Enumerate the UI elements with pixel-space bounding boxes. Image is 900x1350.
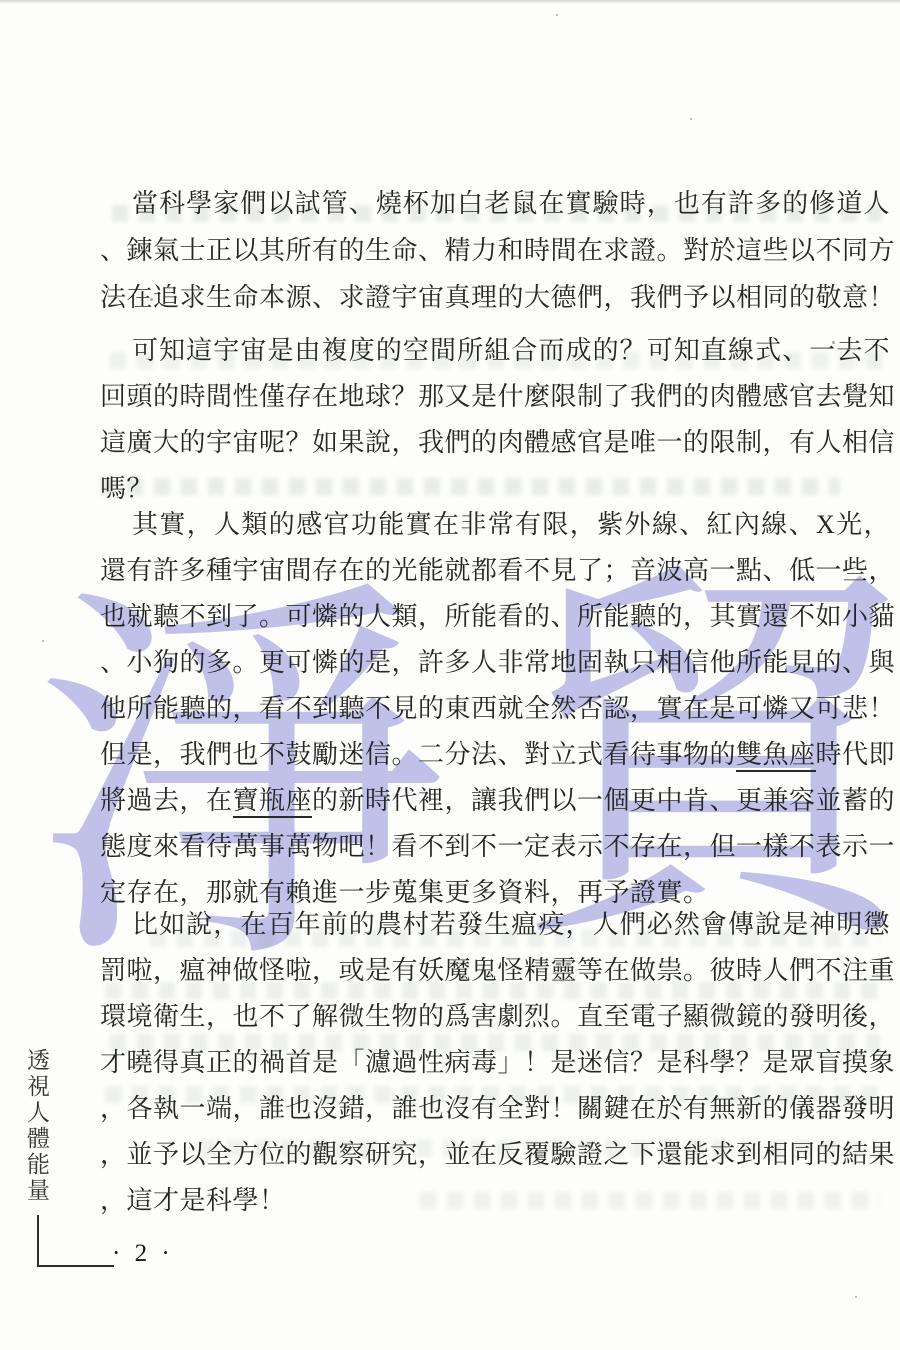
- page-number: · 2 ·: [112, 1240, 174, 1268]
- text-line: ，這才是科學！: [100, 1180, 890, 1216]
- text-line: 、小狗的多。更可憐的是，許多人非常地固執只相信他所能見的、與: [100, 642, 890, 678]
- text-line: 定存在，那就有賴進一步蒐集更多資料，再予證實。: [100, 872, 890, 908]
- text-line: 回頭的時間性僅存在地球？那又是什麼限制了我們的肉體感官去覺知: [100, 376, 890, 412]
- text-line: 法在追求生命本源、求證宇宙真理的大德們，我們予以相同的敬意！: [100, 277, 890, 313]
- text-segment: 但是，我們也不鼓勵迷信。二分法、對立式看待事物的: [100, 740, 736, 769]
- text-line: 當科學家們以試管、燒杯加白老鼠在實驗時，也有許多的修道人: [100, 183, 890, 219]
- text-line: 態度來看待萬事萬物吧！看不到不一定表示不存在，但一樣不表示一: [100, 826, 890, 862]
- body-text-block: 當科學家們以試管、燒杯加白老鼠在實驗時，也有許多的修道人 、鍊氣士正以其所有的生…: [100, 0, 890, 1350]
- text-line: 罰啦，瘟神做怪啦，或是有妖魔鬼怪精靈等在做祟。彼時人們不注重: [100, 950, 890, 986]
- text-line: ，並予以全方位的觀察研究，並在反覆驗證之下還能求到相同的結果: [100, 1134, 890, 1170]
- book-side-title: 透視人體能量: [20, 1048, 53, 1204]
- text-line: 還有許多種宇宙間存在的光能就都看不見了；音波高一點、低一些，: [100, 550, 890, 586]
- text-line: 將過去，在寶瓶座的新時代裡，讓我們以一個更中肯、更兼容並蓄的: [100, 780, 890, 816]
- text-segment: 將過去，在: [100, 786, 233, 815]
- text-line: 也就聽不到了。可憐的人類，所能看的、所能聽的，其實還不如小貓: [100, 596, 890, 632]
- text-line: 嗎？: [100, 468, 890, 504]
- text-line: 可知這宇宙是由複度的空間所組合而成的？可知直線式、一去不: [100, 330, 890, 366]
- text-line: 其實，人類的感官功能實在非常有限，紫外線、紅內線、X光，: [100, 504, 890, 540]
- underlined-term: 雙魚座: [736, 740, 816, 772]
- text-segment: 時代即: [816, 740, 896, 769]
- underlined-term: 寶瓶座: [233, 786, 313, 818]
- text-line: 他所能聽的，看不到聽不見的東西就全然否認，實在是可憐又可悲！: [100, 688, 890, 724]
- text-line: 才曉得真正的禍首是「濾過性病毒」！是迷信？是科學？是眾盲摸象: [100, 1042, 890, 1078]
- text-line: 、鍊氣士正以其所有的生命、精力和時間在求證。對於這些以不同方: [100, 230, 890, 266]
- scan-speck: [42, 640, 44, 642]
- corner-bracket-rule: [37, 1215, 114, 1267]
- scanned-book-page: 淨 貿 當科學家們以試管、燒杯加白老鼠在實驗時，也有許多的修道人 、鍊氣士正以其…: [0, 0, 900, 1350]
- text-line: 環境衛生，也不了解微生物的爲害劇烈。直至電子顯微鏡的發明後，: [100, 996, 890, 1032]
- text-line: 這廣大的宇宙呢？如果說，我們的肉體感官是唯一的限制，有人相信: [100, 422, 890, 458]
- text-line: ，各執一端，誰也沒錯，誰也沒有全對！關鍵在於有無新的儀器發明: [100, 1088, 890, 1124]
- text-line: 比如說，在百年前的農村若發生瘟疫，人們必然會傳說是神明懲: [100, 904, 890, 940]
- text-line: 但是，我們也不鼓勵迷信。二分法、對立式看待事物的雙魚座時代即: [100, 734, 890, 770]
- text-segment: 的新時代裡，讓我們以一個更中肯、更兼容並蓄的: [312, 786, 895, 815]
